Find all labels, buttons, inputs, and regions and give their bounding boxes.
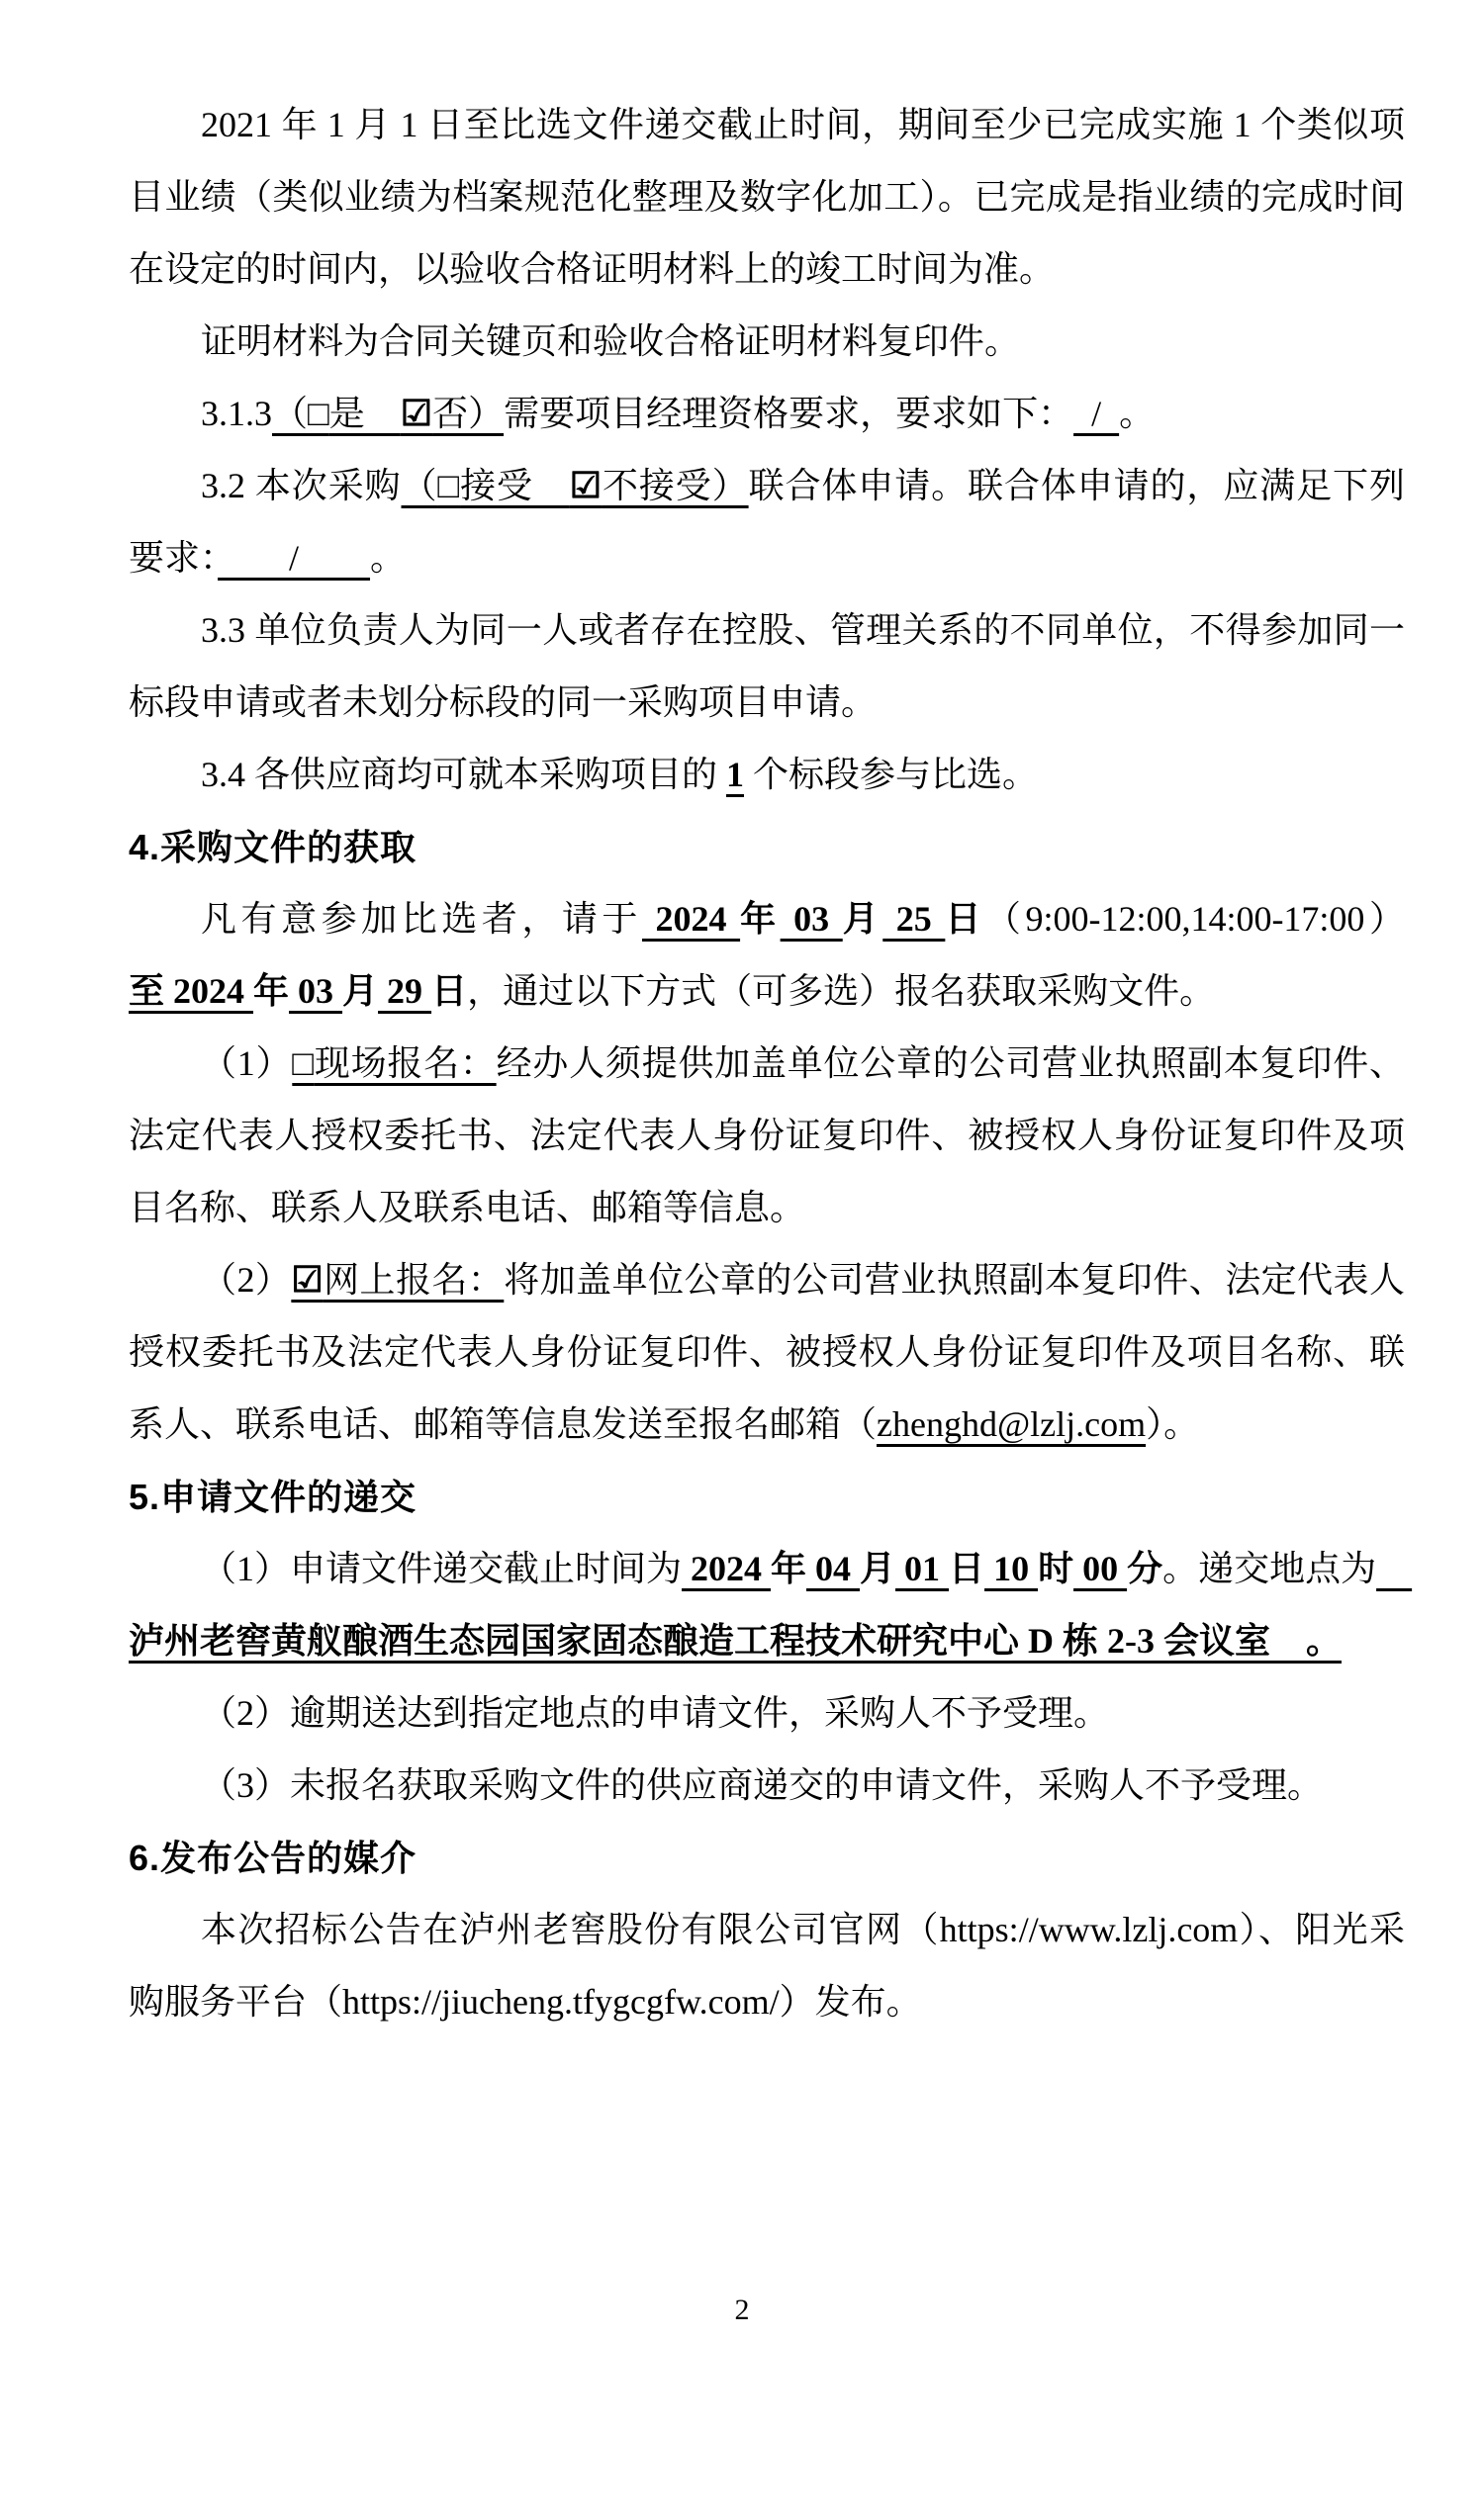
text-run: 是 [329,394,401,433]
text-run: ）。 [1146,1404,1199,1444]
sunshine-platform-url: https://jiucheng.tfygcgfw.com/ [342,1982,780,2022]
deadline-minute: 00 [1073,1549,1127,1588]
end-year: 至 2024 [129,971,253,1011]
para-4-registration-period: 凡有意参加比选者，请于 2024 年 03 月 25 日（9:00-12:00,… [129,883,1405,1028]
heading-5-application-submission: 5.申请文件的递交 [129,1461,1405,1533]
text-run: 凡有意参加比选者，请于 [201,899,642,939]
text-run: 4.采购文件的获取 [129,827,417,867]
text-run: ，通过以下方式（可多选）报名获取采购文件。 [467,971,1215,1011]
signup-email: zhenghd@lzlj.com [877,1404,1146,1444]
start-month: 03 [781,899,843,939]
text-run: （1）申请文件递交截止时间为 [201,1549,682,1588]
text-run: 日 [431,971,467,1011]
text-run: 需要项目经理资格要求，要求如下： [504,394,1073,433]
start-year: 2024 [642,899,740,939]
para-late-delivery: （2）逾期送达到指定地点的申请文件，采购人不予受理。 [129,1677,1405,1750]
text-run: （ [402,466,438,505]
deadline-hour: 10 [984,1549,1038,1588]
para-unregistered-supplier: （3）未报名获取采购文件的供应商递交的申请文件，采购人不予受理。 [129,1750,1405,1822]
text-run: 日 [945,899,985,939]
document-page: 2021 年 1 月 1 日至比选文件递交截止时间，期间至少已完成实施 1 个类… [0,0,1484,2520]
text-run: （2） [201,1260,291,1300]
text-run: 。 [370,538,406,578]
official-site-url: https://www.lzlj.com [940,1910,1239,1949]
para-3-1-3-project-manager: 3.1.3（□是 ☑否）需要项目经理资格要求，要求如下： / 。 [129,378,1405,450]
text-run: （1） [201,1043,292,1083]
para-announcement-media: 本次招标公告在泸州老窖股份有限公司官网（https://www.lzlj.com… [129,1894,1405,2038]
text-run: 分 [1127,1549,1162,1588]
text-run: 本次招标公告在泸州老窖股份有限公司官网（ [201,1910,940,1949]
text-run: 日 [949,1549,984,1588]
text-run: 。 [1119,394,1155,433]
text-run: （2）逾期送达到指定地点的申请文件，采购人不予受理。 [201,1693,1109,1733]
text-run: 不接受） [602,466,749,505]
para-3-4-sections: 3.4 各供应商均可就本采购项目的 1 个标段参与比选。 [129,739,1405,811]
text-run: 月 [843,899,883,939]
checkbox-unchecked-icon: □ [308,394,329,433]
checkbox-checked-icon: ☑ [570,466,602,505]
text-run: 接受 [460,466,570,505]
heading-4-document-acquisition: 4.采购文件的获取 [129,811,1405,883]
text-run: 5.申请文件的递交 [129,1477,417,1517]
deadline-month: 04 [806,1549,860,1588]
section-count: 1 [726,755,744,794]
end-month: 03 [289,971,342,1011]
para-online-registration: （2）☑网上报名：将加盖单位公章的公司营业执照副本复印件、法定代表人授权委托书及… [129,1244,1405,1461]
text-run: ）发布。 [780,1982,922,2022]
text-run: （ [272,394,308,433]
text-run: 时 [1038,1549,1073,1588]
text-run: 。递交地点为 [1162,1549,1376,1588]
page-number: 2 [0,2293,1484,2328]
para-performance-requirement: 2021 年 1 月 1 日至比选文件递交截止时间，期间至少已完成实施 1 个类… [129,89,1405,306]
para-3-3-same-person: 3.3 单位负责人为同一人或者存在控股、管理关系的不同单位，不得参加同一标段申请… [129,594,1405,739]
online-registration-label: 网上报名： [324,1260,505,1300]
blank-slash: / [218,538,370,578]
text-run: 3.4 各供应商均可就本采购项目的 [201,755,726,794]
text-run: 3.1.3 [201,394,272,433]
para-onsite-registration: （1）□现场报名：经办人须提供加盖单位公章的公司营业执照副本复印件、法定代表人授… [129,1028,1405,1244]
start-day: 25 [882,899,945,939]
text-run: 个标段参与比选。 [744,755,1038,794]
text-run: 月 [860,1549,895,1588]
document-content: 2021 年 1 月 1 日至比选文件递交截止时间，期间至少已完成实施 1 个类… [129,89,1405,2038]
checkbox-unchecked-icon: □ [437,466,460,505]
checkbox-checked-icon: ☑ [291,1260,323,1300]
text-run: 年 [253,971,289,1011]
text-run: 年 [740,899,781,939]
text-run: （9:00-12:00,14:00-17:00） [985,899,1405,939]
text-run: 2021 年 1 月 1 日至比选文件递交截止时间，期间至少已完成实施 1 个类… [129,105,1405,289]
text-run: （3）未报名获取采购文件的供应商递交的申请文件，采购人不予受理。 [201,1765,1323,1805]
blank-slash: / [1073,394,1119,433]
text-run: 年 [771,1549,806,1588]
text-run: 否） [432,394,504,433]
para-proof-materials: 证明材料为合同关键页和验收合格证明材料复印件。 [129,306,1405,378]
para-submission-deadline: （1）申请文件递交截止时间为 2024 年 04 月 01 日 10 时 00 … [129,1533,1405,1677]
text-run: 3.3 单位负责人为同一人或者存在控股、管理关系的不同单位，不得参加同一标段申请… [129,610,1405,722]
text-run: 6.发布公告的媒介 [129,1838,417,1878]
onsite-registration-label: 现场报名： [315,1043,497,1083]
deadline-day: 01 [895,1549,949,1588]
deadline-year: 2024 [682,1549,771,1588]
text-run: 3.2 本次采购 [201,466,402,505]
checkbox-checked-icon: ☑ [401,394,432,433]
checkbox-unchecked-icon: □ [292,1043,315,1083]
text-run: 证明材料为合同关键页和验收合格证明材料复印件。 [201,321,1020,361]
text-run: 月 [342,971,378,1011]
end-day: 29 [378,971,431,1011]
para-3-2-consortium: 3.2 本次采购（□接受 ☑不接受）联合体申请。联合体申请的，应满足下列要求： … [129,450,1405,594]
heading-6-announcement-media: 6.发布公告的媒介 [129,1822,1405,1894]
